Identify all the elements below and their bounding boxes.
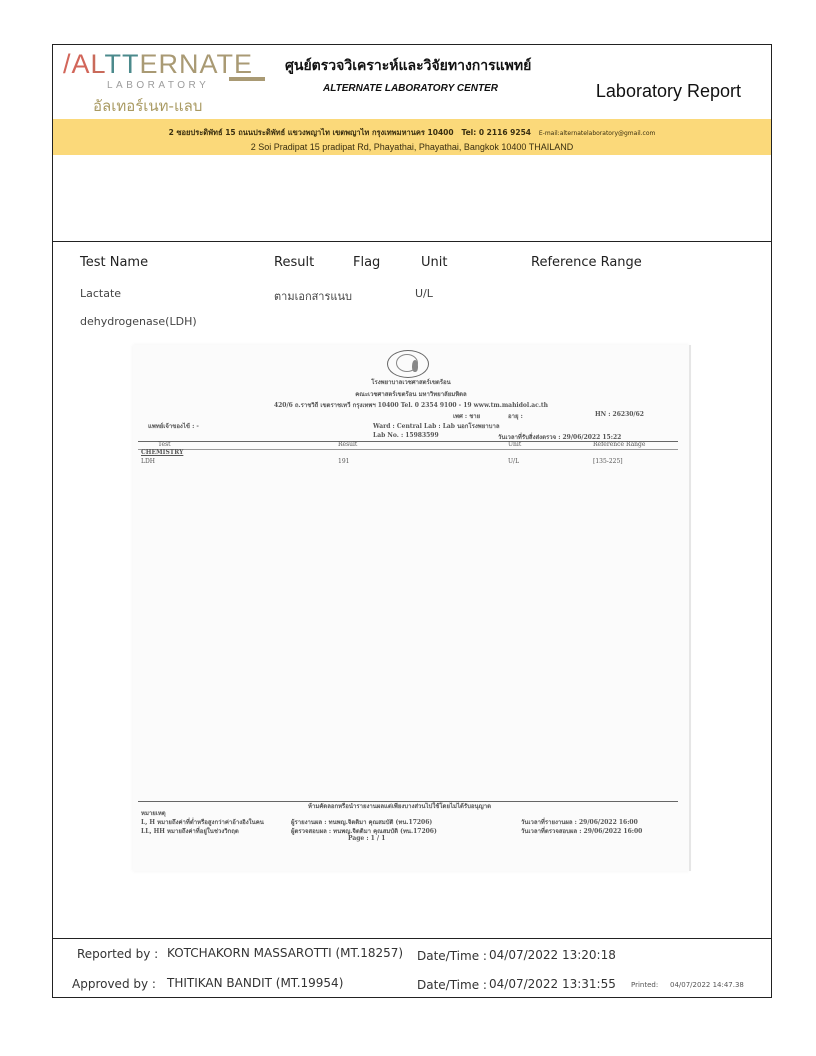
scan-hospital-name: โรงพยาบาลเวชศาสตร์เขตร้อน bbox=[133, 377, 689, 387]
scan-edge bbox=[689, 345, 691, 871]
result-value: ตามเอกสารแนบ bbox=[274, 287, 352, 305]
result-unit: U/L bbox=[415, 287, 433, 300]
result-test-name-line1: Lactate bbox=[80, 287, 121, 300]
scan-sex: เพศ : ชาย bbox=[453, 411, 480, 421]
scan-test-ldh: LDH bbox=[141, 458, 155, 465]
scan-lab-no: Lab No. : 15983599 bbox=[373, 432, 439, 439]
logo-wordmark-rest: ERNATE bbox=[140, 49, 254, 79]
address-bar: 2 ซอยประดิพัทธ์ 15 ถนนประดิพัทธ์ แขวงพญา… bbox=[53, 119, 771, 155]
center-title-thai: ศูนย์ตรวจวิเคราะห์และวิจัยทางการแพทย์ bbox=[285, 55, 531, 77]
logo-subtitle: LABORATORY bbox=[107, 80, 209, 91]
hospital-seal-icon bbox=[387, 350, 429, 378]
logo-thai-name: อัลเทอร์เนท-แลบ bbox=[93, 94, 202, 118]
scan-col-reference: Reference Range bbox=[593, 441, 645, 448]
logo-wordmark: /ALTTERNATE bbox=[63, 49, 253, 80]
scan-table-header-rule bbox=[138, 449, 678, 450]
col-header-test-name: Test Name bbox=[80, 255, 148, 270]
address-tel: Tel: 0 2116 9254 bbox=[461, 128, 531, 137]
reported-datetime: 04/07/2022 13:20:18 bbox=[489, 948, 616, 962]
scan-ward: Ward : Central Lab : Lab นอกโรงพยาบาล bbox=[373, 421, 500, 431]
scan-col-unit: Unit bbox=[508, 441, 521, 448]
reported-by-name: KOTCHAKORN MASSAROTTI (MT.18257) bbox=[167, 946, 403, 960]
scan-page-number: Page : 1 / 1 bbox=[348, 835, 385, 842]
scan-note-2: LL, HH หมายถึงค่าที่อยู่ในช่วงวิกฤต bbox=[141, 826, 239, 836]
report-header: /ALTTERNATE LABORATORY อัลเทอร์เนท-แลบ ศ… bbox=[53, 45, 771, 119]
report-page: /ALTTERNATE LABORATORY อัลเทอร์เนท-แลบ ศ… bbox=[52, 44, 772, 998]
scan-unit-ldh: U/L bbox=[508, 458, 519, 465]
alternate-laboratory-logo: /ALTTERNATE LABORATORY อัลเทอร์เนท-แลบ bbox=[63, 49, 268, 117]
scan-approve-time: วันเวลาที่ตรวจสอบผล : 29/06/2022 16:00 bbox=[521, 826, 642, 836]
col-header-unit: Unit bbox=[421, 255, 447, 270]
scan-col-result: Result bbox=[338, 441, 357, 448]
printed-datetime: 04/07/2022 14:47.38 bbox=[670, 981, 744, 989]
scan-doctor: แพทย์เจ้าของไข้ : - bbox=[148, 421, 199, 431]
scan-hn: HN : 26230/62 bbox=[595, 411, 644, 418]
address-email: E-mail:alternatelaboratory@gmail.com bbox=[539, 130, 656, 137]
printed-label: Printed: bbox=[631, 981, 658, 989]
col-header-reference-range: Reference Range bbox=[531, 255, 642, 270]
logo-badge bbox=[229, 77, 265, 81]
center-title-english: ALTERNATE LABORATORY CENTER bbox=[323, 83, 498, 94]
reported-by-label: Reported by : bbox=[77, 947, 158, 961]
col-header-result: Result bbox=[274, 255, 314, 270]
scan-col-test: Test bbox=[158, 441, 171, 448]
attached-lab-document: โรงพยาบาลเวชศาสตร์เขตร้อน คณะเวชศาสตร์เข… bbox=[133, 345, 689, 871]
scan-age: อายุ : bbox=[508, 411, 523, 421]
footer-divider bbox=[53, 938, 771, 939]
scan-section-chemistry: CHEMISTRY bbox=[141, 449, 183, 456]
approved-datetime: 04/07/2022 13:31:55 bbox=[489, 977, 616, 991]
reported-datetime-label: Date/Time : bbox=[417, 949, 487, 963]
scan-faculty: คณะเวชศาสตร์เขตร้อน มหาวิทยาลัยมหิดล bbox=[133, 389, 689, 399]
approved-by-name: THITIKAN BANDIT (MT.19954) bbox=[167, 976, 343, 990]
address-thai: 2 ซอยประดิพัทธ์ 15 ถนนประดิพัทธ์ แขวงพญา… bbox=[169, 128, 454, 137]
result-test-name-line2: dehydrogenase(LDH) bbox=[80, 315, 197, 328]
header-divider bbox=[53, 241, 771, 242]
col-header-flag: Flag bbox=[353, 255, 380, 270]
scan-footer-notice: ห้ามคัดลอกหรือนำรายงานผลแต่เพียงบางส่วนไ… bbox=[308, 801, 491, 811]
address-thai-line: 2 ซอยประดิพัทธ์ 15 ถนนประดิพัทธ์ แขวงพญา… bbox=[53, 127, 771, 139]
scan-address: 420/6 ถ.ราชวิถี เขตราชเทวี กรุงเทพฯ 1040… bbox=[133, 400, 689, 410]
scan-reference-ldh: [135-225] bbox=[593, 458, 623, 465]
address-english: 2 Soi Pradipat 15 pradipat Rd, Phayathai… bbox=[53, 142, 771, 152]
report-title: Laboratory Report bbox=[596, 81, 741, 102]
approved-datetime-label: Date/Time : bbox=[417, 978, 487, 992]
scan-result-ldh: 191 bbox=[338, 458, 349, 465]
approved-by-label: Approved by : bbox=[72, 977, 156, 991]
